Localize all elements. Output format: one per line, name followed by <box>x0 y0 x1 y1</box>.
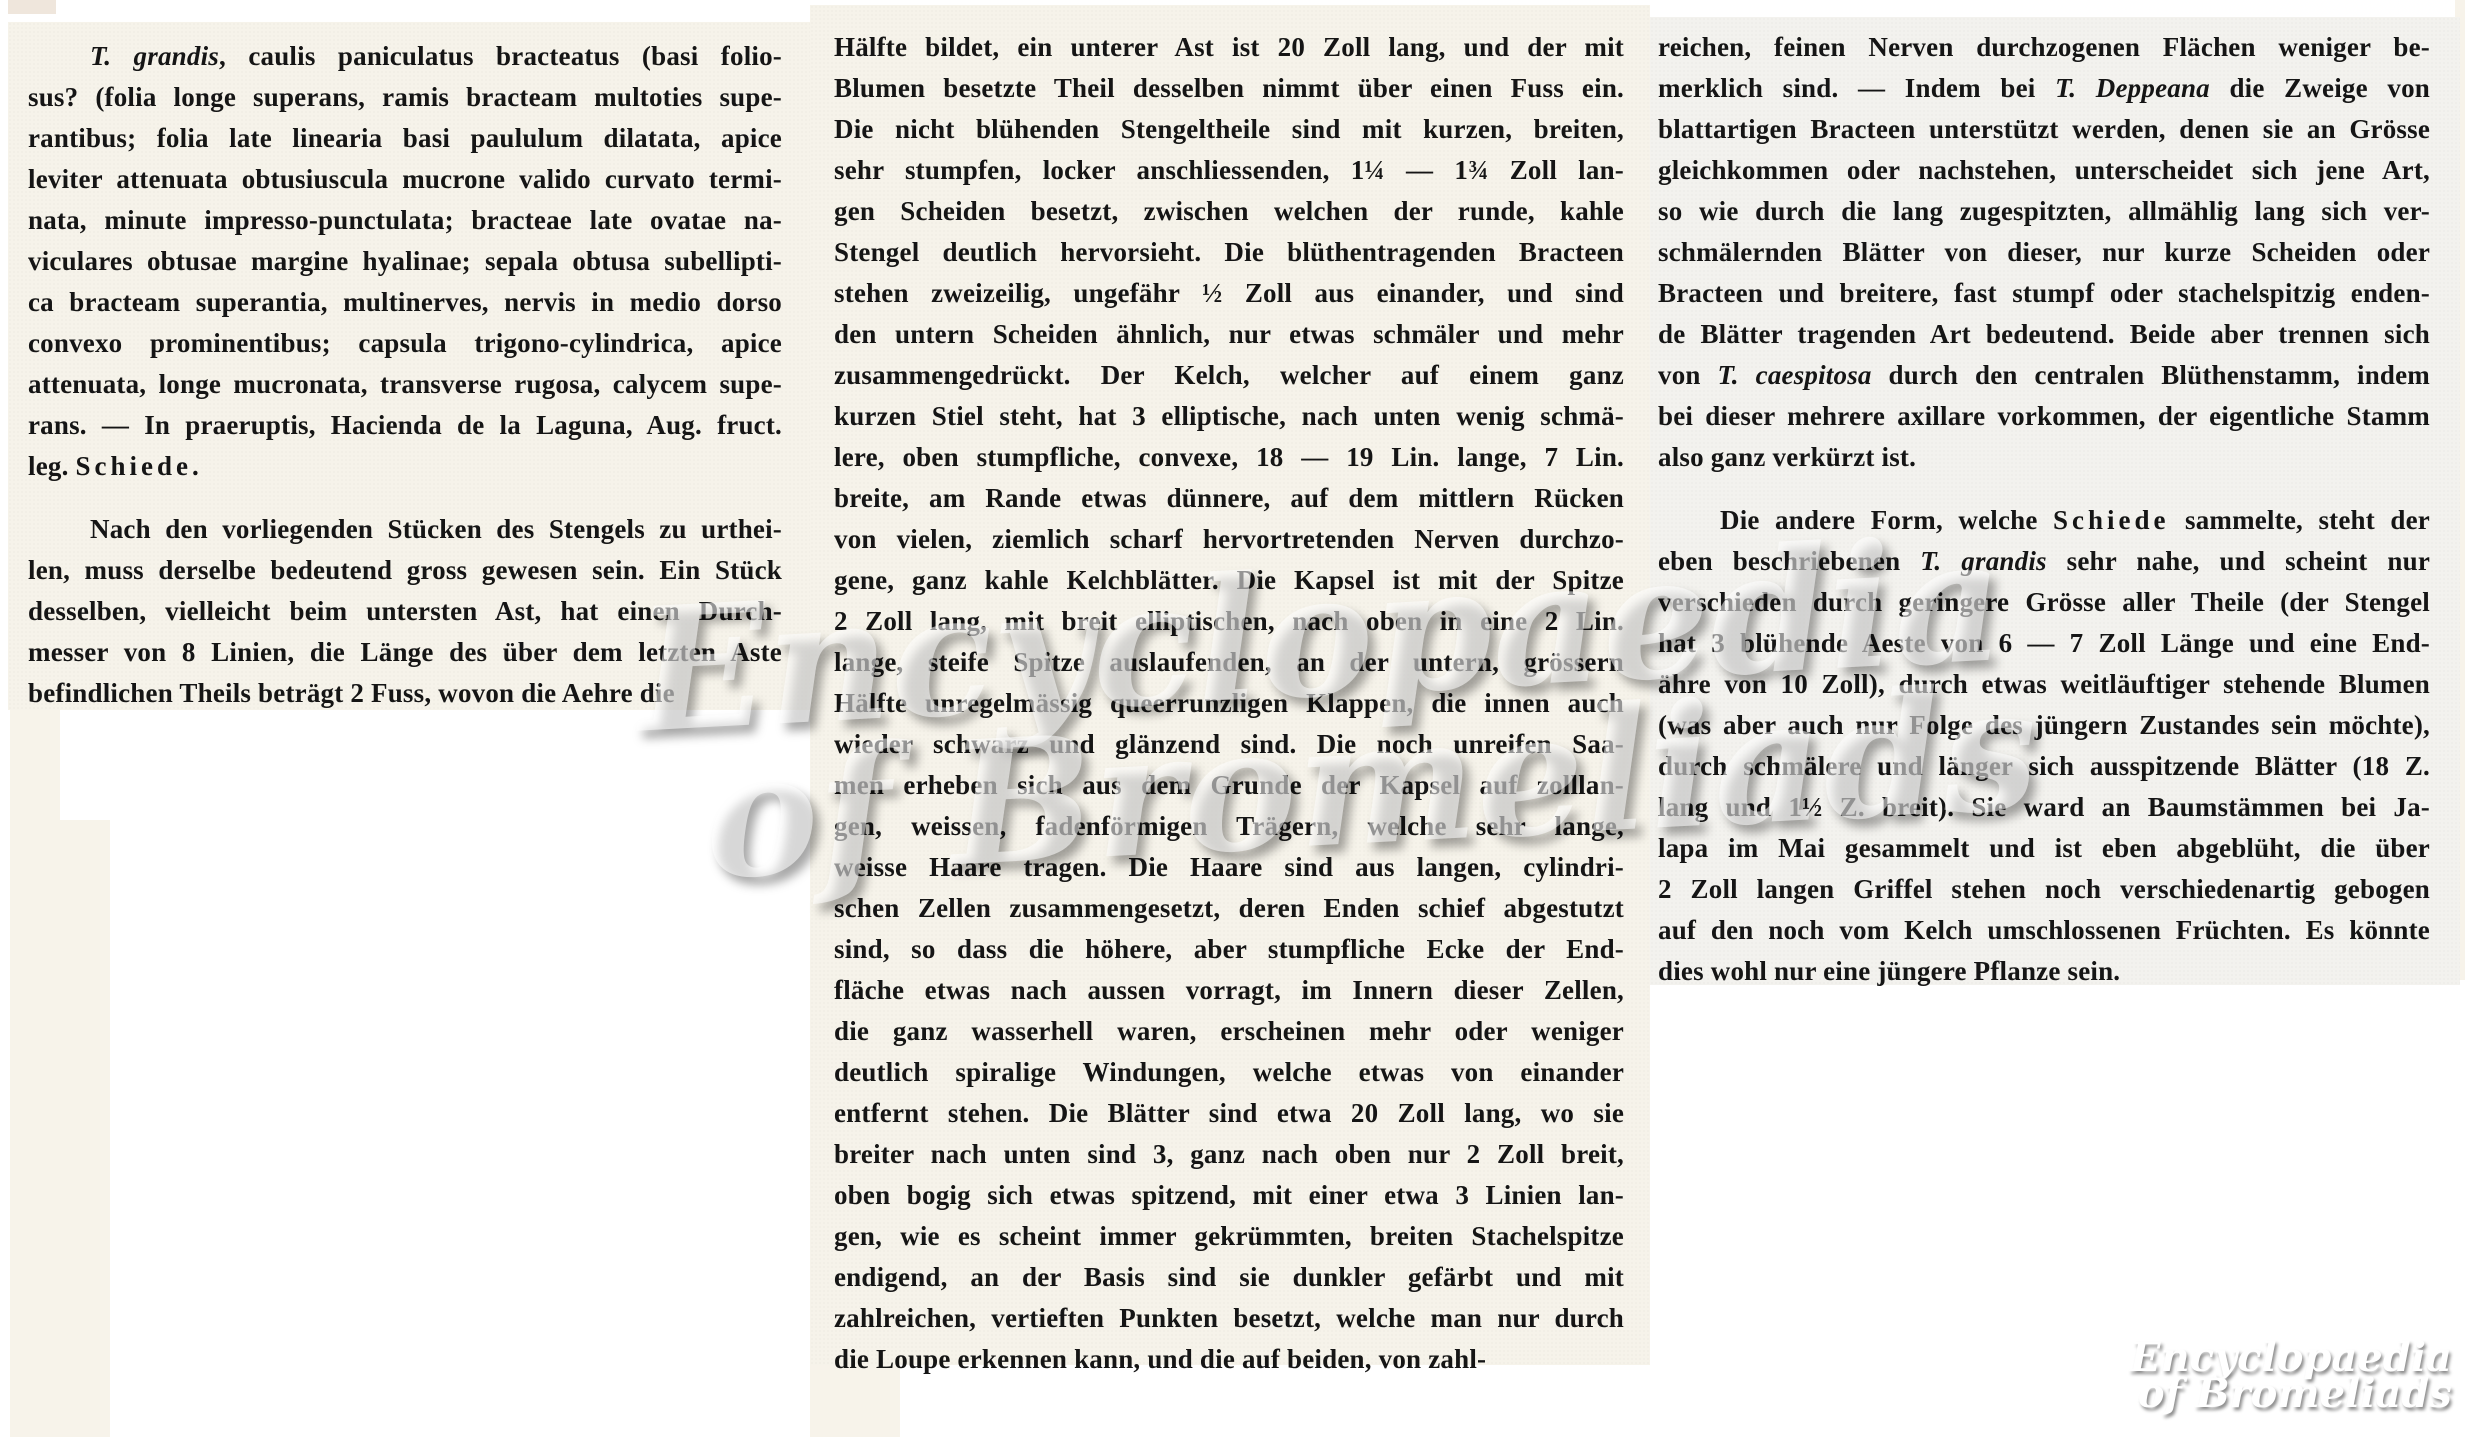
text-run: dies wohl nur eine jüngere Pflanze sein. <box>1658 956 2120 986</box>
text-run: . <box>192 451 199 481</box>
text-line: rans. — In praeruptis, Hacienda de la La… <box>28 405 782 446</box>
text-run: von <box>1658 360 1718 390</box>
text-run: Bracteen und breitere, fast stumpf oder … <box>1658 278 2430 308</box>
text-run: fläche etwas nach aussen vorragt, im Inn… <box>834 975 1624 1005</box>
text-run: die Loupe erkennen kann, und die auf bei… <box>834 1344 1486 1374</box>
text-line: gen Scheiden besetzt, zwischen welchen d… <box>834 191 1624 232</box>
text-run: zusammengedrückt. Der Kelch, welcher auf… <box>834 360 1624 390</box>
text-run: eben beschriebenen <box>1658 546 1920 576</box>
text-run: Die andere Form, welche <box>1720 505 2053 535</box>
text-line: (was aber auch nur Folge des jüngern Zus… <box>1658 705 2430 746</box>
text-run: sehr nahe, und scheint nur <box>2047 546 2430 576</box>
text-run: gen, wie es scheint immer gekrümmten, br… <box>834 1221 1624 1251</box>
text-line: fläche etwas nach aussen vorragt, im Inn… <box>834 970 1624 1011</box>
text-line: den untern Scheiden ähnlich, nur etwas s… <box>834 314 1624 355</box>
text-line: Die andere Form, welche Schiede sammelte… <box>1658 500 2430 541</box>
text-line: deutlich spiralige Windungen, welche etw… <box>834 1052 1624 1093</box>
text-run: len, muss derselbe bedeutend gross gewes… <box>28 555 782 585</box>
text-run: nata, minute impresso-punctulata; bracte… <box>28 205 782 235</box>
text-run: zahlreichen, vertieften Punkten besetzt,… <box>834 1303 1624 1333</box>
text-run: ähre von 10 Zoll), durch etwas weitläuft… <box>1658 669 2430 699</box>
text-line: gen, wie es scheint immer gekrümmten, br… <box>834 1216 1624 1257</box>
text-line: dies wohl nur eine jüngere Pflanze sein. <box>1658 951 2430 992</box>
text-run: Stengel deutlich hervorsieht. Die blüthe… <box>834 237 1624 267</box>
text-line: auf den noch vom Kelch umschlossenen Frü… <box>1658 910 2430 951</box>
text-run: hat 3 blühende Aeste von 6 — 7 Zoll Läng… <box>1658 628 2430 658</box>
text-line: die ganz wasserhell waren, erscheinen me… <box>834 1011 1624 1052</box>
watermark-logo: Encyclopaedia of Bromeliads <box>2130 1340 2452 1412</box>
text-line: ähre von 10 Zoll), durch etwas weitläuft… <box>1658 664 2430 705</box>
text-column-3: reichen, feinen Nerven durchzogenen Fläc… <box>1650 17 2460 985</box>
text-line: convexo prominentibus; capsula trigono-c… <box>28 323 782 364</box>
text-run: messer von 8 Linien, die Länge des über … <box>28 637 782 667</box>
text-line: schen Zellen zusammengesetzt, deren Ende… <box>834 888 1624 929</box>
text-run: schen Zellen zusammengesetzt, deren Ende… <box>834 893 1624 923</box>
text-line: Hälfte bildet, ein unterer Ast ist 20 Zo… <box>834 27 1624 68</box>
text-run: reichen, feinen Nerven durchzogenen Fläc… <box>1658 32 2430 62</box>
text-line: zusammengedrückt. Der Kelch, welcher auf… <box>834 355 1624 396</box>
text-line: Stengel deutlich hervorsieht. Die blüthe… <box>834 232 1624 273</box>
text-run: sind, so dass die höhere, aber stumpflic… <box>834 934 1624 964</box>
text-run: befindlichen Theils beträgt 2 Fuss, wovo… <box>28 678 675 708</box>
taxon-name: T. grandis <box>90 41 219 71</box>
watermark-logo-line-2: of Bromeliads <box>2130 1376 2452 1412</box>
text-run: die Zweige von <box>2210 73 2430 103</box>
text-line: len, muss derselbe bedeutend gross gewes… <box>28 550 782 591</box>
text-run: gene, ganz kahle Kelchblätter. Die Kapse… <box>834 565 1624 595</box>
text-run: sammelte, steht der <box>2170 505 2430 535</box>
text-run: men erheben sich aus dem Grunde der Kaps… <box>834 770 1624 800</box>
paragraph-gap <box>28 487 782 509</box>
column-1-text: T. grandis, caulis paniculatus bracteatu… <box>28 36 782 714</box>
text-run: lere, oben stumpfliche, convexe, 18 — 19… <box>834 442 1624 472</box>
text-line: ca bracteam superantia, multinerves, ner… <box>28 282 782 323</box>
text-run: leviter attenuata obtusiuscula mucrone v… <box>28 164 782 194</box>
text-line: also ganz verkürzt ist. <box>1658 437 2430 478</box>
text-run: weisse Haare tragen. Die Haare sind aus … <box>834 852 1624 882</box>
text-run: convexo prominentibus; capsula trigono-c… <box>28 328 782 358</box>
text-line: nata, minute impresso-punctulata; bracte… <box>28 200 782 241</box>
text-line: Blumen besetzte Theil desselben nimmt üb… <box>834 68 1624 109</box>
text-run: rantibus; folia late linearia basi paulu… <box>28 123 782 153</box>
text-run: breite, am Rande etwas dünnere, auf dem … <box>834 483 1624 513</box>
text-run: desselben, vielleicht beim untersten Ast… <box>28 596 782 626</box>
text-run: wieder schwarz und glänzend sind. Die no… <box>834 729 1624 759</box>
text-line: blattartigen Bracteen unterstützt werden… <box>1658 109 2430 150</box>
text-line: durch schmälere und länger sich ausspitz… <box>1658 746 2430 787</box>
text-column-1: T. grandis, caulis paniculatus bracteatu… <box>8 22 810 710</box>
text-run: 2 Zoll langen Griffel stehen noch versch… <box>1658 874 2430 904</box>
text-line: Bracteen und breitere, fast stumpf oder … <box>1658 273 2430 314</box>
text-line: gen, weissen, fadenförmigen Trägern, wel… <box>834 806 1624 847</box>
text-line: leviter attenuata obtusiuscula mucrone v… <box>28 159 782 200</box>
text-run: also ganz verkürzt ist. <box>1658 442 1916 472</box>
text-line: weisse Haare tragen. Die Haare sind aus … <box>834 847 1624 888</box>
text-run: schmälernden Blätter von dieser, nur kur… <box>1658 237 2430 267</box>
text-run: kurzen Stiel steht, hat 3 elliptische, n… <box>834 401 1624 431</box>
text-run: auf den noch vom Kelch umschlossenen Frü… <box>1658 915 2430 945</box>
text-line: die Loupe erkennen kann, und die auf bei… <box>834 1339 1624 1380</box>
text-run: den untern Scheiden ähnlich, nur etwas s… <box>834 319 1624 349</box>
collector-name: Schiede <box>2053 505 2170 535</box>
paragraph-gap <box>1658 478 2430 500</box>
text-run: breiter nach unten sind 3, ganz nach obe… <box>834 1139 1624 1169</box>
text-line: viculares obtusae margine hyalinae; sepa… <box>28 241 782 282</box>
column-3-text: reichen, feinen Nerven durchzogenen Fläc… <box>1658 27 2430 992</box>
text-line: Hälfte unregelmässig queerrunzligen Klap… <box>834 683 1624 724</box>
text-run: oben bogig sich etwas spitzend, mit eine… <box>834 1180 1624 1210</box>
text-run: stehen zweizeilig, ungefähr ½ Zoll aus e… <box>834 278 1624 308</box>
text-line: verschieden durch geringere Grösse aller… <box>1658 582 2430 623</box>
text-run: Hälfte bildet, ein unterer Ast ist 20 Zo… <box>834 32 1624 62</box>
text-run: gen, weissen, fadenförmigen Trägern, wel… <box>834 811 1624 841</box>
text-run: lang und 1½ Z. breit). Sie ward an Baums… <box>1658 792 2430 822</box>
text-run: , caulis paniculatus bracteatus (basi fo… <box>219 41 782 71</box>
text-line: wieder schwarz und glänzend sind. Die no… <box>834 724 1624 765</box>
text-line: entfernt stehen. Die Blätter sind etwa 2… <box>834 1093 1624 1134</box>
text-run: viculares obtusae margine hyalinae; sepa… <box>28 246 782 276</box>
text-line: gleichkommen oder nachstehen, unterschei… <box>1658 150 2430 191</box>
text-line: bei dieser mehrere axillare vorkommen, d… <box>1658 396 2430 437</box>
text-run: Hälfte unregelmässig queerrunzligen Klap… <box>834 688 1624 718</box>
text-line: 2 Zoll lang, mit breit elliptischen, nac… <box>834 601 1624 642</box>
text-line: attenuata, longe mucronata, transverse r… <box>28 364 782 405</box>
text-run: blattartigen Bracteen unterstützt werden… <box>1658 114 2430 144</box>
text-line: eben beschriebenen T. grandis sehr nahe,… <box>1658 541 2430 582</box>
text-line: lang und 1½ Z. breit). Sie ward an Baums… <box>1658 787 2430 828</box>
paper-strip-left-lower <box>10 820 110 1437</box>
text-line: so wie durch die lang zugespitzten, allm… <box>1658 191 2430 232</box>
collector-name: Schiede <box>76 451 193 481</box>
text-line: 2 Zoll langen Griffel stehen noch versch… <box>1658 869 2430 910</box>
column-2-text: Hälfte bildet, ein unterer Ast ist 20 Zo… <box>834 27 1624 1380</box>
text-run: Nach den vorliegenden Stücken des Stenge… <box>90 514 782 544</box>
text-line: men erheben sich aus dem Grunde der Kaps… <box>834 765 1624 806</box>
text-run: attenuata, longe mucronata, transverse r… <box>28 369 782 399</box>
text-run: 2 Zoll lang, mit breit elliptischen, nac… <box>834 606 1624 636</box>
text-run: gleichkommen oder nachstehen, unterschei… <box>1658 155 2430 185</box>
text-line: hat 3 blühende Aeste von 6 — 7 Zoll Läng… <box>1658 623 2430 664</box>
text-run: leg. <box>28 451 76 481</box>
text-line: lere, oben stumpfliche, convexe, 18 — 19… <box>834 437 1624 478</box>
text-run: de Blätter tragenden Art bedeutend. Beid… <box>1658 319 2430 349</box>
text-line: lapa im Mai gesammelt und ist eben abgeb… <box>1658 828 2430 869</box>
text-line: zahlreichen, vertieften Punkten besetzt,… <box>834 1298 1624 1339</box>
text-run: sus? (folia longe superans, ramis bracte… <box>28 82 782 112</box>
text-line: merklich sind. — Indem bei T. Deppeana d… <box>1658 68 2430 109</box>
text-line: reichen, feinen Nerven durchzogenen Fläc… <box>1658 27 2430 68</box>
text-run: so wie durch die lang zugespitzten, allm… <box>1658 196 2430 226</box>
text-line: sind, so dass die höhere, aber stumpflic… <box>834 929 1624 970</box>
text-line: desselben, vielleicht beim untersten Ast… <box>28 591 782 632</box>
text-run: endigend, an der Basis sind sie dunkler … <box>834 1262 1624 1292</box>
text-run: Blumen besetzte Theil desselben nimmt üb… <box>834 73 1624 103</box>
text-line: T. grandis, caulis paniculatus bracteatu… <box>28 36 782 77</box>
text-line: leg. Schiede. <box>28 446 782 487</box>
text-run: die ganz wasserhell waren, erscheinen me… <box>834 1016 1624 1046</box>
text-line: stehen zweizeilig, ungefähr ½ Zoll aus e… <box>834 273 1624 314</box>
text-run: lange, steife Spitze auslaufenden, an de… <box>834 647 1624 677</box>
text-run: sehr stumpfen, locker anschliessenden, 1… <box>834 155 1624 185</box>
text-run: bei dieser mehrere axillare vorkommen, d… <box>1658 401 2430 431</box>
taxon-name: T. caespitosa <box>1718 360 1872 390</box>
text-run: (was aber auch nur Folge des jüngern Zus… <box>1658 710 2430 740</box>
text-line: endigend, an der Basis sind sie dunkler … <box>834 1257 1624 1298</box>
text-line: breite, am Rande etwas dünnere, auf dem … <box>834 478 1624 519</box>
text-run: merklich sind. — Indem bei <box>1658 73 2055 103</box>
text-run: rans. — In praeruptis, Hacienda de la La… <box>28 410 782 440</box>
text-run: entfernt stehen. Die Blätter sind etwa 2… <box>834 1098 1624 1128</box>
taxon-name: T. grandis <box>1920 546 2047 576</box>
text-line: gene, ganz kahle Kelchblätter. Die Kapse… <box>834 560 1624 601</box>
text-line: Die nicht blühenden Stengeltheile sind m… <box>834 109 1624 150</box>
text-line: von vielen, ziemlich scharf hervortreten… <box>834 519 1624 560</box>
text-line: kurzen Stiel steht, hat 3 elliptische, n… <box>834 396 1624 437</box>
text-line: oben bogig sich etwas spitzend, mit eine… <box>834 1175 1624 1216</box>
text-line: de Blätter tragenden Art bedeutend. Beid… <box>1658 314 2430 355</box>
text-line: Nach den vorliegenden Stücken des Stenge… <box>28 509 782 550</box>
text-run: verschieden durch geringere Grösse aller… <box>1658 587 2430 617</box>
corner-scrap <box>8 0 56 14</box>
text-line: breiter nach unten sind 3, ganz nach obe… <box>834 1134 1624 1175</box>
text-line: sehr stumpfen, locker anschliessenden, 1… <box>834 150 1624 191</box>
text-line: rantibus; folia late linearia basi paulu… <box>28 118 782 159</box>
text-run: ca bracteam superantia, multinerves, ner… <box>28 287 782 317</box>
text-line: schmälernden Blätter von dieser, nur kur… <box>1658 232 2430 273</box>
text-line: befindlichen Theils beträgt 2 Fuss, wovo… <box>28 673 782 714</box>
text-column-2: Hälfte bildet, ein unterer Ast ist 20 Zo… <box>810 5 1650 1365</box>
text-run: Die nicht blühenden Stengeltheile sind m… <box>834 114 1624 144</box>
text-run: von vielen, ziemlich scharf hervortreten… <box>834 524 1624 554</box>
text-line: messer von 8 Linien, die Länge des über … <box>28 632 782 673</box>
text-line: von T. caespitosa durch den centralen Bl… <box>1658 355 2430 396</box>
text-run: durch schmälere und länger sich ausspitz… <box>1658 751 2430 781</box>
text-line: sus? (folia longe superans, ramis bracte… <box>28 77 782 118</box>
text-line: lange, steife Spitze auslaufenden, an de… <box>834 642 1624 683</box>
taxon-name: T. Deppeana <box>2055 73 2210 103</box>
text-run: deutlich spiralige Windungen, welche etw… <box>834 1057 1624 1087</box>
text-run: lapa im Mai gesammelt und ist eben abgeb… <box>1658 833 2430 863</box>
text-run: gen Scheiden besetzt, zwischen welchen d… <box>834 196 1624 226</box>
text-run: durch den centralen Blüthenstamm, indem <box>1872 360 2430 390</box>
